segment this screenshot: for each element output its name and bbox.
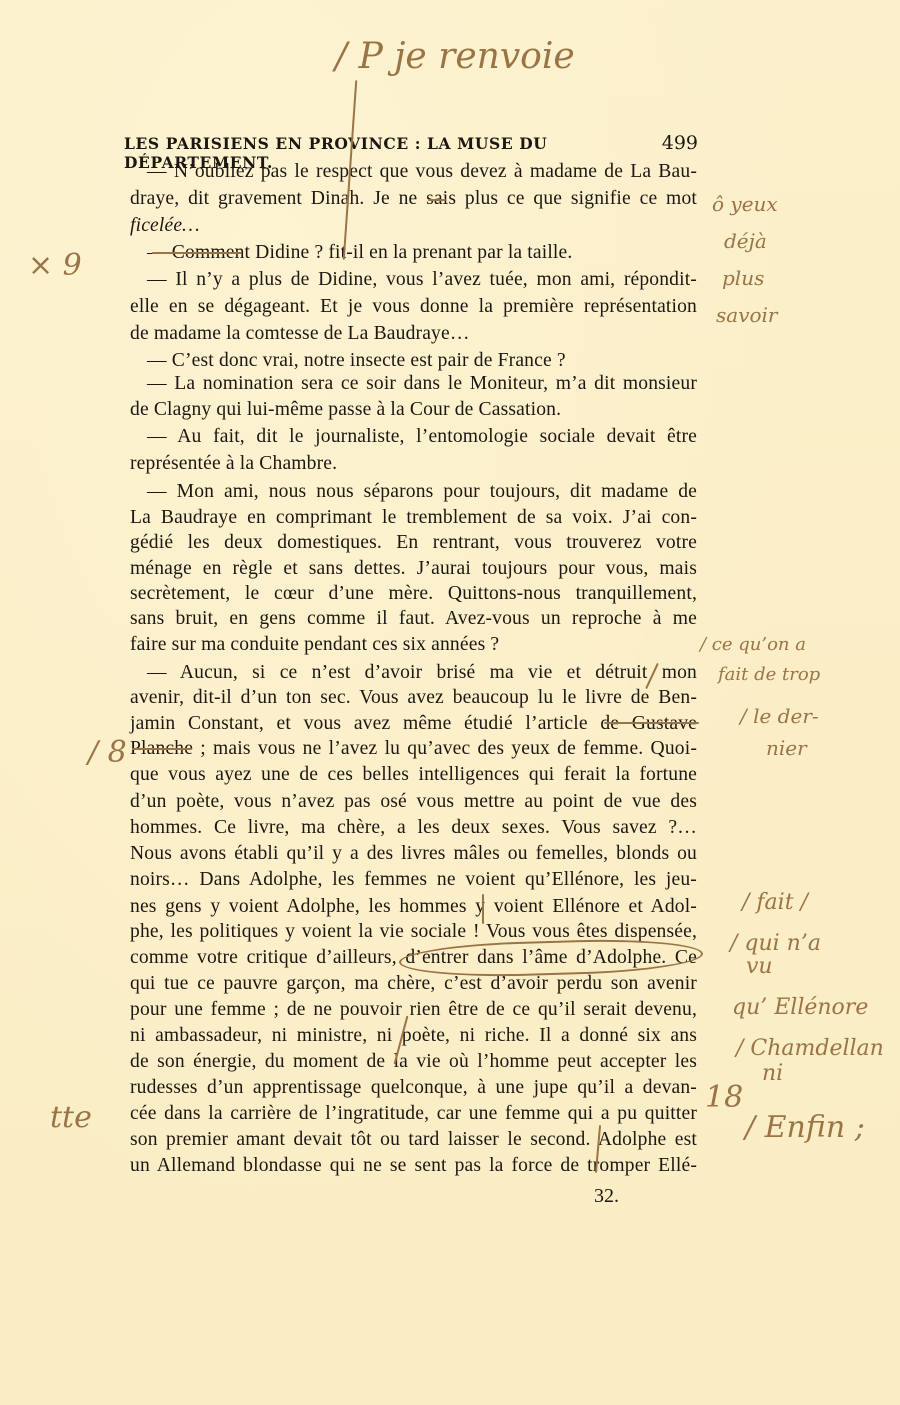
text-line: cée dans la carrière de l’ingratitude, c… [130, 1102, 697, 1126]
text-line: rudesses d’un apprentissage quelconque, … [130, 1076, 697, 1100]
annotation-right-5: 18 [705, 1080, 743, 1115]
text-line: secrètement, le cœur d’une mère. Quitton… [130, 582, 697, 606]
text-line: hommes. Ce livre, ma chère, a les deux s… [130, 816, 697, 840]
annotation-word: déjà [712, 223, 778, 260]
page-number: 499 [662, 132, 698, 154]
annotation-word: ô yeux [712, 186, 778, 223]
text-line: — Mon ami, nous nous séparons pour toujo… [147, 480, 697, 504]
text-line: La Baudraye en comprimant le tremblement… [130, 506, 697, 530]
text-line: — C’est donc vrai, notre insecte est pai… [147, 349, 697, 373]
text-line: que vous ayez une de ces belles intellig… [130, 763, 697, 787]
text-line: de madame la comtesse de La Baudraye… [130, 322, 697, 346]
annotation-word: / le der- [740, 700, 819, 732]
annotation-word: fait de trop [700, 660, 820, 690]
text-line: gédié les deux domestiques. En rentrant,… [130, 531, 697, 555]
text-line: nes gens y voient Adolphe, les hommes y … [130, 895, 697, 919]
text-line: draye, dit gravement Dinah. Je ne sais p… [130, 187, 697, 211]
strike-mark [132, 748, 192, 750]
annotation-word: / Chamdellan [730, 1028, 884, 1069]
text-line: ni ambassadeur, ni ministre, ni poète, n… [130, 1024, 697, 1048]
annotation-word: plus [712, 260, 778, 297]
text-line: Nous avons établi qu’il y a des livres m… [130, 842, 697, 866]
strike-mark [428, 199, 446, 201]
text-line-italic: ficelée… [130, 214, 697, 238]
text-line: un Allemand blondasse qui ne se sent pas… [130, 1154, 697, 1178]
text-line: qui tue ce pauvre garçon, ma chère, c’es… [130, 972, 697, 996]
text-line: — La nomination sera ce soir dans le Mon… [147, 372, 697, 396]
annotation-word: qu’ Ellénore [730, 987, 884, 1028]
annotation-word: / fait / [730, 882, 884, 923]
text-line: — N’oubliez pas le respect que vous deve… [147, 160, 697, 184]
annotation-right-4: / fait / / qui n’a vu qu’ Ellénore / Cha… [730, 882, 884, 1094]
text-line: pour une femme ; de ne pouvoir rien être… [130, 998, 697, 1022]
signature-mark: 32. [594, 1185, 619, 1208]
text-line: — Il n’y a plus de Didine, vous l’avez t… [147, 268, 697, 292]
text-line: elle en se dégageant. Et je vous donne l… [130, 295, 697, 319]
annotation-right-2: / ce qu’on a fait de trop [700, 630, 820, 690]
annotation-right-3: / le der- nier [740, 700, 819, 764]
annotation-right-1: ô yeux déjà plus savoir [712, 186, 778, 334]
annotation-left-2: / 8 [88, 735, 127, 770]
text-line: son premier amant devait tôt ou tard lai… [130, 1128, 697, 1152]
text-line: sans bruit, en gens comme il faut. Avez-… [130, 607, 697, 631]
text-line: — Aucun, si ce n’est d’avoir brisé ma vi… [147, 661, 697, 685]
annotation-word: savoir [712, 297, 778, 334]
text-line: jamin Constant, et vous avez même étudié… [130, 712, 697, 736]
text-line: avenir, dit-il d’un ton sec. Vous avez b… [130, 686, 697, 710]
text-line: ménage en règle et sans dettes. J’aurai … [130, 557, 697, 581]
strike-mark [152, 252, 242, 254]
annotation-word: nier [740, 732, 819, 764]
italic-word: ficelée… [130, 215, 200, 236]
insertion-mark [482, 894, 484, 924]
strike-mark [604, 722, 699, 724]
text-line: faire sur ma conduite pendant ces six an… [130, 633, 697, 657]
annotation-left-3: tte [50, 1100, 92, 1135]
annotation-top: / P je renvoie [335, 36, 575, 77]
text-line: de Clagny qui lui-même passe à la Cour d… [130, 398, 697, 422]
book-page: LES PARISIENS EN PROVINCE : LA MUSE DU D… [0, 0, 900, 1405]
text-line: — Au fait, dit le journaliste, l’entomol… [147, 425, 697, 449]
text-line: représentée à la Chambre. [130, 452, 697, 476]
annotation-right-6: / Enfin ; [745, 1110, 865, 1145]
text-line: de son énergie, du moment de la vie où l… [130, 1050, 697, 1074]
annotation-left-1: × 9 [28, 248, 82, 283]
text-line: d’un poète, vous n’avez pas osé vous met… [130, 790, 697, 814]
annotation-word: / ce qu’on a [700, 630, 820, 660]
text-line: noirs… Dans Adolphe, les femmes ne voien… [130, 868, 697, 892]
text-line: Planche ; mais vous ne l’avez lu qu’avec… [130, 737, 697, 761]
